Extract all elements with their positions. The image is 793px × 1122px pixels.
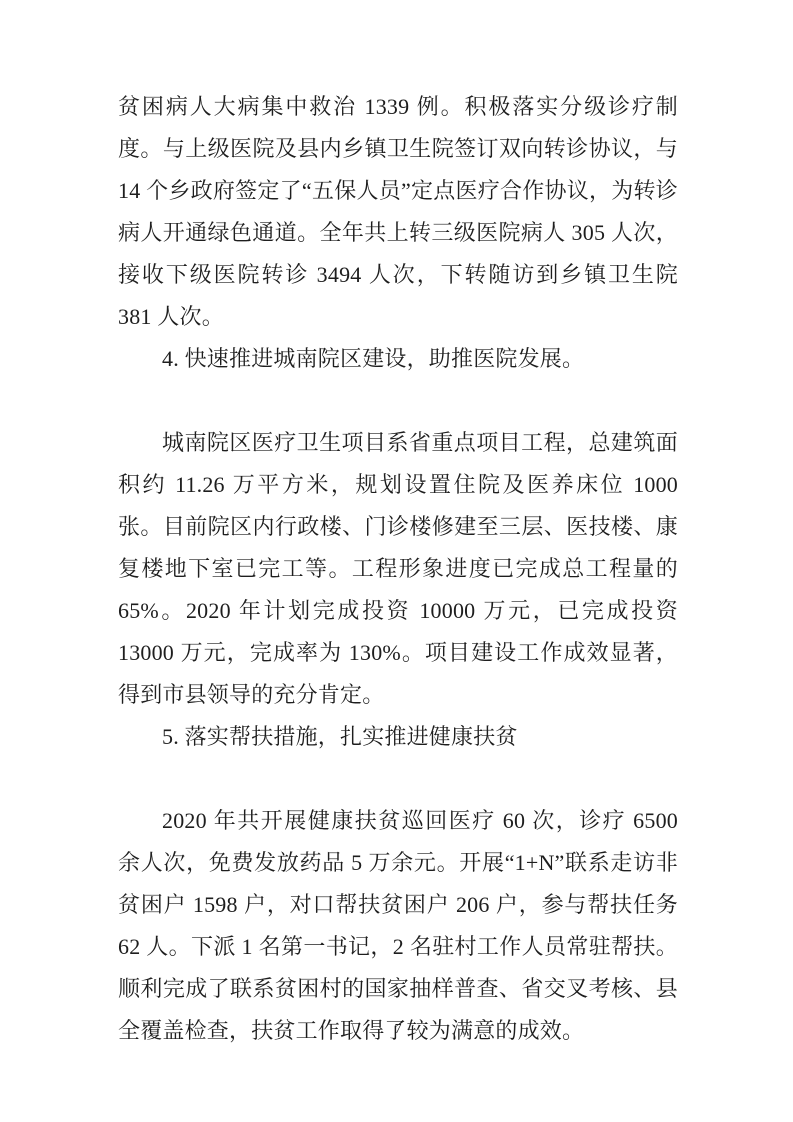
section-heading: 4. 快速推进城南院区建设，助推医院发展。 (118, 338, 678, 380)
page-footer: 7 (118, 1020, 678, 1038)
document-body: 贫困病人大病集中救治 1339 例。积极落实分级诊疗制度。与上级医院及县内乡镇卫… (118, 86, 678, 1052)
paragraph: 2020 年共开展健康扶贫巡回医疗 60 次，诊疗 6500 余人次，免费发放药… (118, 800, 678, 1052)
paragraph: 贫困病人大病集中救治 1339 例。积极落实分级诊疗制度。与上级医院及县内乡镇卫… (118, 86, 678, 338)
page-number: 7 (395, 1022, 402, 1037)
document-page: 贫困病人大病集中救治 1339 例。积极落实分级诊疗制度。与上级医院及县内乡镇卫… (0, 0, 793, 1122)
section-heading: 5. 落实帮扶措施，扎实推进健康扶贫 (118, 716, 678, 758)
paragraph: 城南院区医疗卫生项目系省重点项目工程，总建筑面积约 11.26 万平方米，规划设… (118, 422, 678, 716)
